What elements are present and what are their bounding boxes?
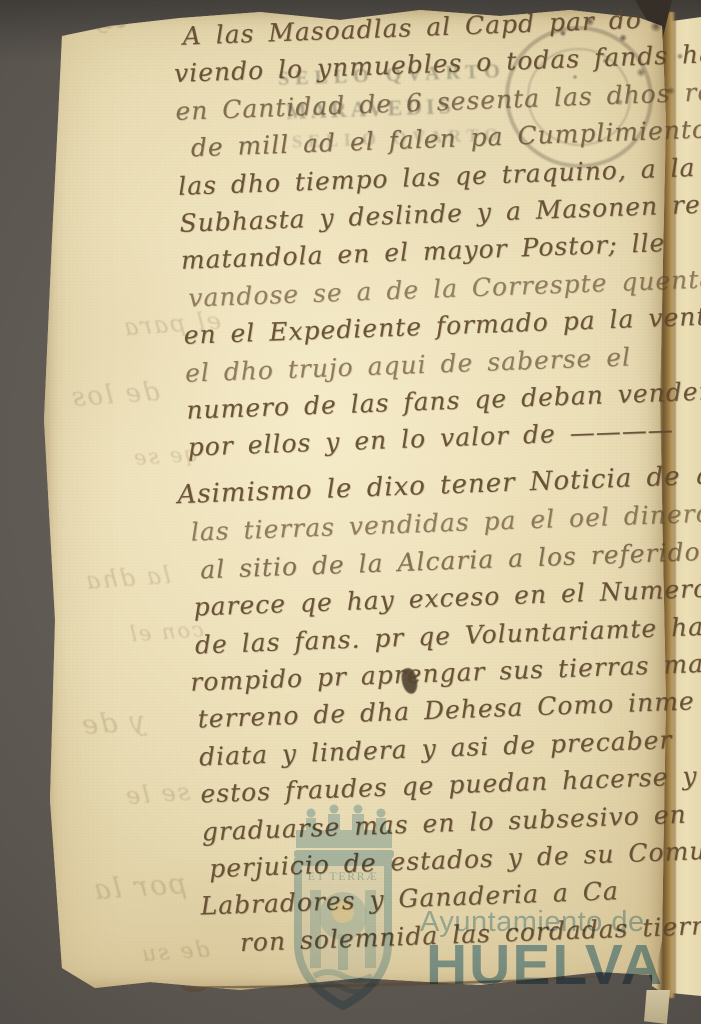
ink-bleedthrough: y asi [39,6,106,39]
ink-bleedthrough: de los [69,377,160,413]
ink-bleedthrough: y de [79,706,146,741]
ink-bleedthrough: con el [127,617,204,646]
photographed-archival-manuscript: { "colors": { "background_mount": "#5a55… [0,0,701,1024]
page-corner-tab [644,990,670,1024]
handwriting-block: A las Masoadlas al Capd par do viendo lo… [172,0,701,963]
ink-bleedthrough: la dha [83,561,171,595]
ink-bleedthrough: por la [91,867,188,907]
ink-bleedthrough: de su [139,938,210,968]
ink-bleedthrough: se le [123,778,191,811]
